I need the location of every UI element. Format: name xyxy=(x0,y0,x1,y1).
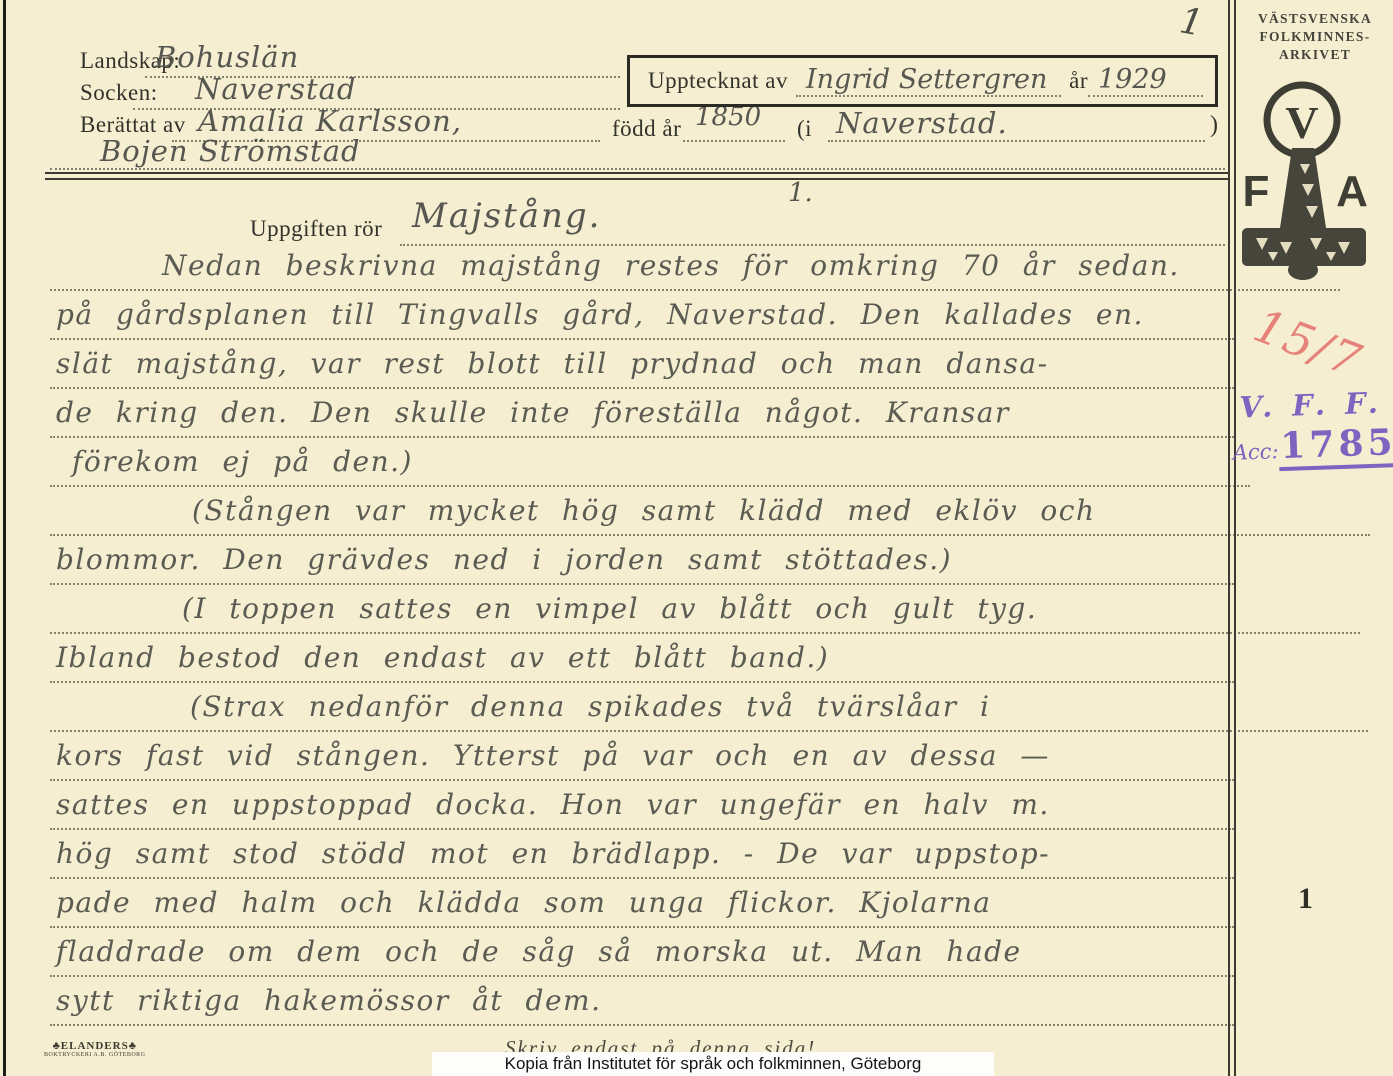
header-rule-bottom xyxy=(45,178,1228,180)
handwriting-line: hög samt stod stödd mot en brädlapp. - D… xyxy=(50,829,1234,879)
handwriting-line: pade med halm och klädda som unga flicko… xyxy=(50,878,1234,928)
archive-name-line1: VÄSTSVENSKA xyxy=(1240,10,1390,28)
printer-sub: BOKTRYCKERI A.B. GÖTEBORG xyxy=(44,1052,146,1058)
fodd-i-label: (i xyxy=(797,116,812,142)
berattat-av-value: Amalia Karlsson, xyxy=(198,104,462,138)
upptecknat-box: Upptecknat av Ingrid Settergren år 1929 xyxy=(627,55,1218,107)
stamp-acc-number: 1785 xyxy=(1278,421,1393,471)
hammer-handle xyxy=(1280,148,1326,228)
scanned-archive-document: 1 Landskap: Bohuslän Socken: Naverstad B… xyxy=(0,0,1393,1076)
handwriting-line: kors fast vid stången. Ytterst på var oc… xyxy=(50,731,1234,781)
archive-name-line2: FOLKMINNES- xyxy=(1240,28,1390,46)
margin-rule-left xyxy=(1228,0,1230,1076)
landskap-value: Bohuslän xyxy=(155,40,299,74)
printer-name: ELANDERS xyxy=(61,1040,129,1052)
hammer-knob xyxy=(1288,260,1318,280)
uppgiften-ror-label: Uppgiften rör xyxy=(250,216,382,242)
handwriting-line: på gårdsplanen till Tingvalls gård, Nave… xyxy=(50,290,1234,340)
handwriting-line: förekom ej på den.) xyxy=(50,437,1250,487)
printer-mark-icon: ♣ xyxy=(129,1040,137,1052)
printer-imprint: ♣ELANDERS♣ BOKTRYCKERI A.B. GÖTEBORG xyxy=(44,1040,146,1058)
handwriting-line: slät majstång, var rest blott till prydn… xyxy=(50,339,1234,389)
fodd-i-value: Naverstad. xyxy=(836,106,1008,140)
socken-value: Naverstad xyxy=(195,72,356,106)
margin-rule-right xyxy=(1234,0,1236,1076)
handwritten-page-number: 1 xyxy=(1177,0,1207,44)
handwriting-line: sytt riktiga hakemössor åt dem. xyxy=(50,976,1234,1026)
scan-caption: Kopia från Institutet för språk och folk… xyxy=(505,1054,922,1074)
handwriting-line: (Stången var mycket hög samt klädd med e… xyxy=(50,486,1370,536)
logo-letter-f: F xyxy=(1243,167,1270,216)
logo-letter-v: V xyxy=(1285,97,1318,148)
handwriting-line: fladdrade om dem och de såg så morska ut… xyxy=(50,927,1234,977)
archive-name: VÄSTSVENSKA FOLKMINNES- ARKIVET xyxy=(1240,10,1390,64)
handwriting-line: sattes en uppstoppad docka. Hon var unge… xyxy=(50,780,1234,830)
section-number: 1. xyxy=(788,178,813,208)
handwriting-line: Nedan beskrivna majstång restes för omkr… xyxy=(50,241,1340,291)
accession-stamp: V. F. F. Acc: 1785 xyxy=(1231,385,1393,473)
margin-page-number: 1 xyxy=(1298,882,1313,916)
printer-name-row: ♣ELANDERS♣ xyxy=(44,1040,146,1052)
archive-name-line3: ARKIVET xyxy=(1240,46,1390,64)
berattat-av-value2: Bojen Strömstad xyxy=(100,134,361,168)
fodd-paren-close: ) xyxy=(1210,112,1218,139)
handwriting-line: (Strax nedanför denna spikades två tvärs… xyxy=(50,682,1368,732)
scan-edge-line xyxy=(3,0,6,1076)
upptecknat-label: Upptecknat av xyxy=(648,68,788,94)
stamp-accession: Acc: 1785 xyxy=(1232,421,1393,473)
stamp-initials: V. F. F. xyxy=(1231,385,1392,425)
handwriting-line: Ibland bestod den endast av ett blått ba… xyxy=(50,633,1234,683)
handwriting-line: de kring den. Den skulle inte föreställa… xyxy=(50,388,1234,438)
red-date-annotation: 15/7 xyxy=(1247,298,1370,388)
handwriting-line: blommor. Den grävdes ned i jorden samt s… xyxy=(50,535,1234,585)
stamp-acc-label: Acc: xyxy=(1232,439,1279,465)
upptecknat-value: Ingrid Settergren xyxy=(796,64,1061,97)
upptecknat-ar-value: 1929 xyxy=(1088,64,1203,97)
handwriting-line: (I toppen sattes en vimpel av blått och … xyxy=(50,584,1360,634)
scan-caption-bar: Kopia från Institutet för språk och folk… xyxy=(432,1052,994,1076)
upptecknat-ar-label: år xyxy=(1069,68,1088,94)
title-value: Majstång. xyxy=(412,196,601,236)
vfa-hammer-logo: V F A xyxy=(1240,80,1390,292)
printer-mark-icon: ♣ xyxy=(53,1040,61,1052)
header-rule-top xyxy=(45,172,1228,174)
fodd-ar-label: född år xyxy=(612,116,681,142)
logo-letter-a: A xyxy=(1336,167,1368,216)
